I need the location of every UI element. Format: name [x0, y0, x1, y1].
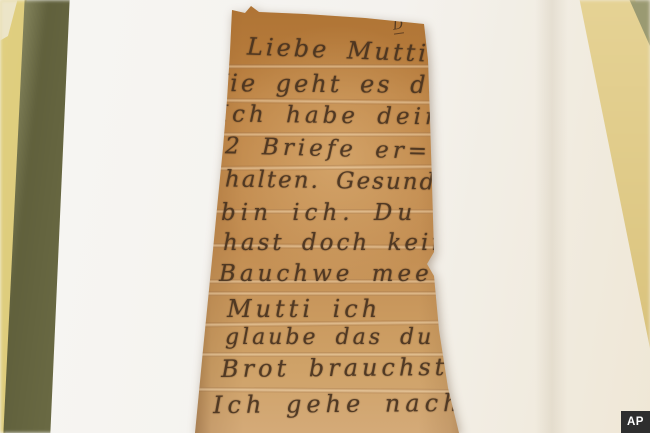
handwriting-line: glaube das du — [225, 327, 434, 349]
handwriting-line: Ich habe deine — [219, 103, 462, 129]
handwriting-line: Wie geht es dir — [203, 71, 454, 97]
letter-paper: D Liebe Mutti Wie geht es dir Ich habe d… — [185, 0, 477, 433]
handwriting-line: 2 Briefe er= — [225, 135, 432, 163]
handwriting-line: bin ich. Du — [221, 202, 417, 225]
handwriting-line: Mutti ich — [227, 297, 381, 321]
ap-logo-watermark: AP — [621, 411, 650, 433]
handwriting-line: Bauchwe mee — [219, 263, 433, 286]
letter-paper-wrapper: D Liebe Mutti Wie geht es dir Ich habe d… — [185, 0, 477, 433]
handwriting-line: halten. Gesund — [225, 169, 437, 195]
page-number-mark: D — [392, 18, 404, 34]
framed-letter-photo: D Liebe Mutti Wie geht es dir Ich habe d… — [0, 0, 650, 433]
handwriting-line: hast doch kein — [223, 232, 449, 255]
handwriting-line: Liebe Mutti — [247, 35, 430, 66]
handwriting-line: Brot brauchst — [221, 355, 448, 381]
handwriting-line: Ich gehe nach — [213, 391, 464, 417]
